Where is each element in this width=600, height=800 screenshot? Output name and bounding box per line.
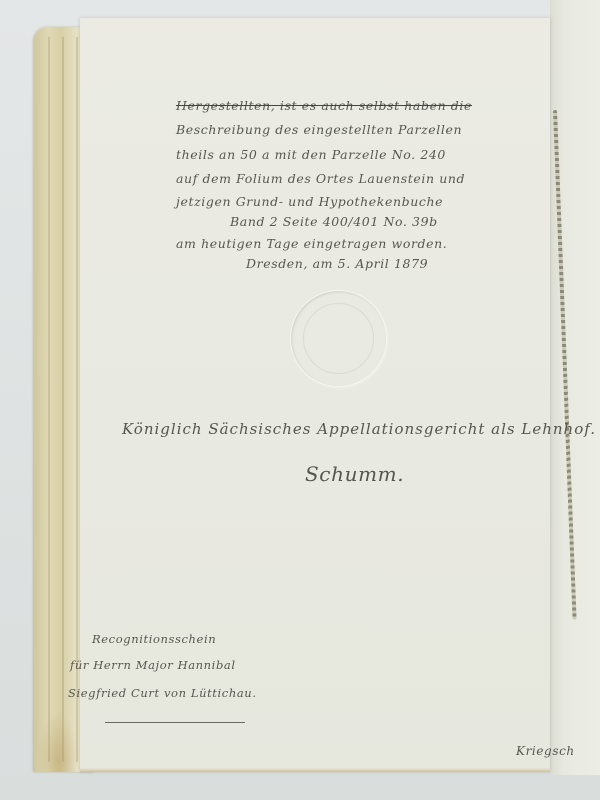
body-line-6: Band 2 Seite 400/401 No. 39b (230, 214, 438, 229)
embossed-seal-ring (303, 303, 374, 374)
body-line-5: jetzigen Grund- und Hypothekenbuche (176, 194, 443, 209)
page-edge-line (48, 37, 50, 762)
court-name-line: Königlich Sächsisches Appellationsgerich… (122, 420, 596, 438)
body-line-4: auf dem Folium des Ortes Lauenstein und (176, 171, 465, 186)
page-edge-line (76, 37, 78, 762)
note-line-2: für Herrn Major Hannibal (70, 658, 236, 672)
photo-scene: Hergestellten, ist es auch selbst haben … (0, 0, 600, 800)
embossed-seal (290, 290, 387, 387)
corner-signature: Kriegsch (516, 744, 575, 758)
official-signature: Schumm. (305, 462, 404, 486)
note-underline (105, 722, 245, 723)
body-line-1: Hergestellten, ist es auch selbst haben … (176, 98, 472, 113)
page-bottom-edge (80, 768, 550, 772)
note-line-3: Siegfried Curt von Lüttichau. (68, 686, 257, 700)
page-edge-line (62, 37, 64, 762)
body-line-8-date: Dresden, am 5. April 1879 (246, 256, 428, 271)
foxing-stain (38, 712, 78, 772)
body-line-7: am heutigen Tage eingetragen worden. (176, 236, 447, 251)
body-line-3: theils an 50 a mit den Parzelle No. 240 (176, 147, 446, 162)
note-title: Recognitionsschein (92, 632, 216, 646)
body-line-2: Beschreibung des eingestellten Parzellen (176, 122, 462, 137)
facing-page (550, 0, 600, 775)
